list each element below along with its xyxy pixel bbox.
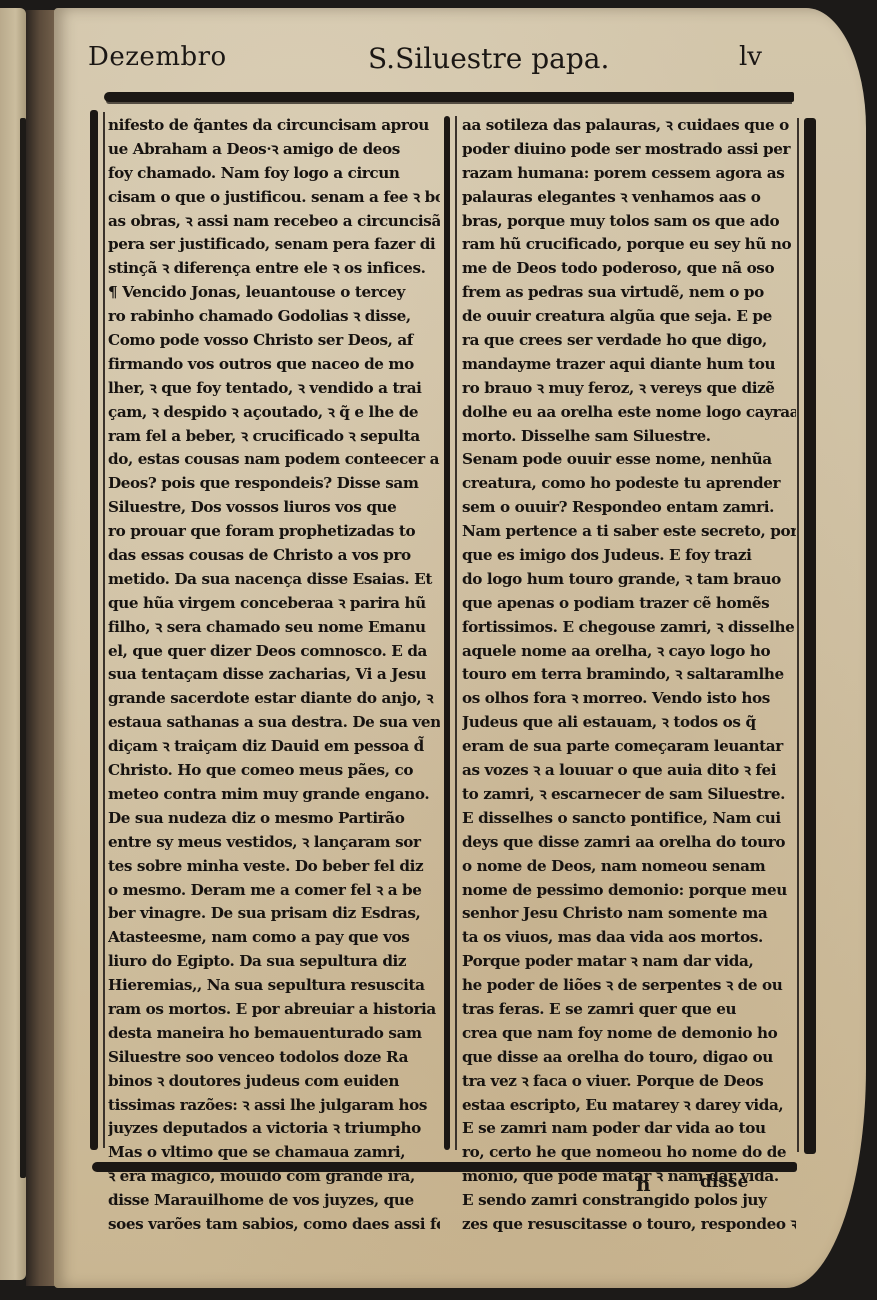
text-line: metido. Da sua nacença disse Esaias. Et	[108, 568, 440, 592]
header-month: Dezembro	[88, 42, 227, 72]
text-line: pera ser justificado, senam pera fazer d…	[108, 233, 440, 257]
text-line: ¶ Vencido Jonas, leuantouse o tercey	[108, 281, 440, 305]
text-line: E disselhes o sancto pontifice, Nam cui	[462, 807, 796, 831]
text-line: que hũa virgem conceberaa ꝛ parira hũ	[108, 592, 440, 616]
text-line: crea que nam foy nome de demonio ho	[462, 1022, 796, 1046]
text-line: he poder de liões ꝛ de serpentes ꝛ de ou	[462, 974, 796, 998]
text-line: do, estas cousas nam podem conteecer a	[108, 448, 440, 472]
text-line: bras, porque muy tolos sam os que ado	[462, 210, 796, 234]
text-line: foy chamado. Nam foy logo a circun	[108, 162, 440, 186]
text-line: ram hũ crucificado, porque eu sey hũ no	[462, 233, 796, 257]
text-line: Senam pode ouuir esse nome, nenhũa	[462, 448, 796, 472]
text-line: Christo. Ho que comeo meus pães, co	[108, 759, 440, 783]
text-line: do logo hum touro grande, ꝛ tam brauo	[462, 568, 796, 592]
text-line: Como pode vosso Christo ser Deos, af	[108, 329, 440, 353]
running-header: Dezembro S.Siluestre papa. lv	[88, 42, 748, 82]
text-line: que apenas o podiam trazer cẽ homẽs	[462, 592, 796, 616]
text-line: aa sotileza das palauras, ꝛ cuidaes que …	[462, 114, 796, 138]
text-line: das essas cousas de Christo a vos pro	[108, 544, 440, 568]
text-line: estaa escripto, Eu matarey ꝛ darey vida,	[462, 1094, 796, 1118]
text-line: E se zamri nam poder dar vida ao tou	[462, 1117, 796, 1141]
text-line: me de Deos todo poderoso, que nã oso	[462, 257, 796, 281]
text-line: grande sacerdote estar diante do anjo, ꝛ	[108, 687, 440, 711]
text-line: zes que resuscitasse o touro, respondeo …	[462, 1213, 796, 1237]
text-line: Judeus que ali estauam, ꝛ todos os q̃	[462, 711, 796, 735]
text-line: frem as pedras sua virtudẽ, nem o po	[462, 281, 796, 305]
text-line: sua tentaçam disse zacharias, Vi a Jesu	[108, 663, 440, 687]
text-line: nifesto de q̃antes da circuncisam aprou	[108, 114, 440, 138]
text-line: o mesmo. Deram me a comer fel ꝛ a be	[108, 879, 440, 903]
text-line: ram fel a beber, ꝛ crucificado ꝛ sepulta	[108, 425, 440, 449]
text-line: De sua nudeza diz o mesmo Partirão	[108, 807, 440, 831]
text-line: juyzes deputados a victoria ꝛ triumpho	[108, 1117, 440, 1141]
text-line: dolhe eu aa orelha este nome logo cayraa	[462, 401, 796, 425]
text-line: çam, ꝛ despido ꝛ açoutado, ꝛ q̃ e lhe de	[108, 401, 440, 425]
text-line: el, que quer dizer Deos comnosco. E da	[108, 640, 440, 664]
top-rule	[104, 92, 794, 102]
folio-number: lv	[739, 42, 762, 72]
text-line: as obras, ꝛ assi nam recebeo a circuncis…	[108, 210, 440, 234]
text-line: Siluestre soo venceo todolos doze Ra	[108, 1046, 440, 1070]
text-line: filho, ꝛ sera chamado seu nome Emanu	[108, 616, 440, 640]
bottom-rule	[92, 1162, 797, 1172]
text-line: ro prouar que foram prophetizadas to	[108, 520, 440, 544]
text-column-left: nifesto de q̃antes da circuncisam aprouu…	[108, 114, 440, 1237]
text-line: cisam o que o justificou. senam a fee ꝛ …	[108, 186, 440, 210]
text-line: deys que disse zamri aa orelha do touro	[462, 831, 796, 855]
text-line: Hieremias,, Na sua sepultura resuscita	[108, 974, 440, 998]
text-line: E sendo zamri constrangido polos juy	[462, 1189, 796, 1213]
left-border-bar	[90, 110, 98, 1150]
right-inner-line	[797, 118, 799, 1152]
column-divider-line	[455, 116, 457, 1150]
text-line: Deos? pois que respondeis? Disse sam	[108, 472, 440, 496]
text-line: disse Marauilhome de vos juyzes, que	[108, 1189, 440, 1213]
text-line: Siluestre, Dos vossos liuros vos que	[108, 496, 440, 520]
text-line: soes varões tam sabios, como daes assi f…	[108, 1213, 440, 1237]
text-line: firmando vos outros que naceo de mo	[108, 353, 440, 377]
text-line: os olhos fora ꝛ morreo. Vendo isto hos	[462, 687, 796, 711]
text-line: liuro do Egipto. Da sua sepultura diz	[108, 950, 440, 974]
left-inner-line	[103, 112, 105, 1148]
text-line: Nam pertence a ti saber este secreto, po…	[462, 520, 796, 544]
text-line: tissimas razões: ꝛ assi lhe julgaram hos	[108, 1094, 440, 1118]
facing-page-edge	[0, 8, 26, 1280]
text-line: morto. Disselhe sam Siluestre.	[462, 425, 796, 449]
text-line: Atasteesme, nam como a pay que vos	[108, 926, 440, 950]
text-line: ber vinagre. De sua prisam diz Esdras,	[108, 902, 440, 926]
text-line: tras feras. E se zamri quer que eu	[462, 998, 796, 1022]
text-line: que es imigo dos Judeus. E foy trazi	[462, 544, 796, 568]
text-line: o nome de Deos, nam nomeou senam	[462, 855, 796, 879]
text-line: poder diuino pode ser mostrado assi per	[462, 138, 796, 162]
catchword: disse	[700, 1172, 748, 1192]
text-line: eram de sua parte começaram leuantar	[462, 735, 796, 759]
right-border-bar	[804, 118, 816, 1154]
text-line: meteo contra mim muy grande engano.	[108, 783, 440, 807]
text-line: ro brauo ꝛ muy feroz, ꝛ vereys que dizẽ	[462, 377, 796, 401]
text-line: mandayme trazer aqui diante hum tou	[462, 353, 796, 377]
text-line: senhor Jesu Christo nam somente ma	[462, 902, 796, 926]
text-line: sem o ouuir? Respondeo entam zamri.	[462, 496, 796, 520]
text-line: aquele nome aa orelha, ꝛ cayo logo ho	[462, 640, 796, 664]
text-line: fortissimos. E chegouse zamri, ꝛ disselh…	[462, 616, 796, 640]
text-line: que disse aa orelha do touro, digao ou	[462, 1046, 796, 1070]
text-line: creatura, como ho podeste tu aprender	[462, 472, 796, 496]
text-line: estaua sathanas a sua destra. De sua ven	[108, 711, 440, 735]
text-line: lher, ꝛ que foy tentado, ꝛ vendido a tra…	[108, 377, 440, 401]
text-line: desta maneira ho bemauenturado sam	[108, 1022, 440, 1046]
text-line: touro em terra bramindo, ꝛ saltaramlhe	[462, 663, 796, 687]
text-column-right: aa sotileza das palauras, ꝛ cuidaes que …	[462, 114, 796, 1237]
text-line: nome de pessimo demonio: porque meu	[462, 879, 796, 903]
text-line: tes sobre minha veste. Do beber fel diz	[108, 855, 440, 879]
text-line: ta os viuos, mas daa vida aos mortos.	[462, 926, 796, 950]
text-line: ram os mortos. E por abreuiar a historia	[108, 998, 440, 1022]
text-line: ro rabinho chamado Godolias ꝛ disse,	[108, 305, 440, 329]
text-line: razam humana: porem cessem agora as	[462, 162, 796, 186]
text-line: ra que crees ser verdade ho que digo,	[462, 329, 796, 353]
column-divider-bar	[444, 116, 450, 1150]
text-line: stinçã ꝛ diferença entre ele ꝛ os infice…	[108, 257, 440, 281]
text-line: palauras elegantes ꝛ venhamos aas o	[462, 186, 796, 210]
signature-mark: h	[636, 1172, 651, 1196]
text-line: entre sy meus vestidos, ꝛ lançaram sor	[108, 831, 440, 855]
header-title: S.Siluestre papa.	[368, 42, 609, 75]
text-line: to zamri, ꝛ escarnecer de sam Siluestre.	[462, 783, 796, 807]
text-line: Porque poder matar ꝛ nam dar vida,	[462, 950, 796, 974]
text-line: as vozes ꝛ a louuar o que auia dito ꝛ fe…	[462, 759, 796, 783]
text-line: diçam ꝛ traiçam diz Dauid em pessoa d̃	[108, 735, 440, 759]
text-line: ue Abraham a Deos·ꝛ amigo de deos	[108, 138, 440, 162]
text-line: binos ꝛ doutores judeus com euiden	[108, 1070, 440, 1094]
text-line: de ouuir creatura algũa que seja. E pe	[462, 305, 796, 329]
text-line: tra vez ꝛ faca o viuer. Porque de Deos	[462, 1070, 796, 1094]
